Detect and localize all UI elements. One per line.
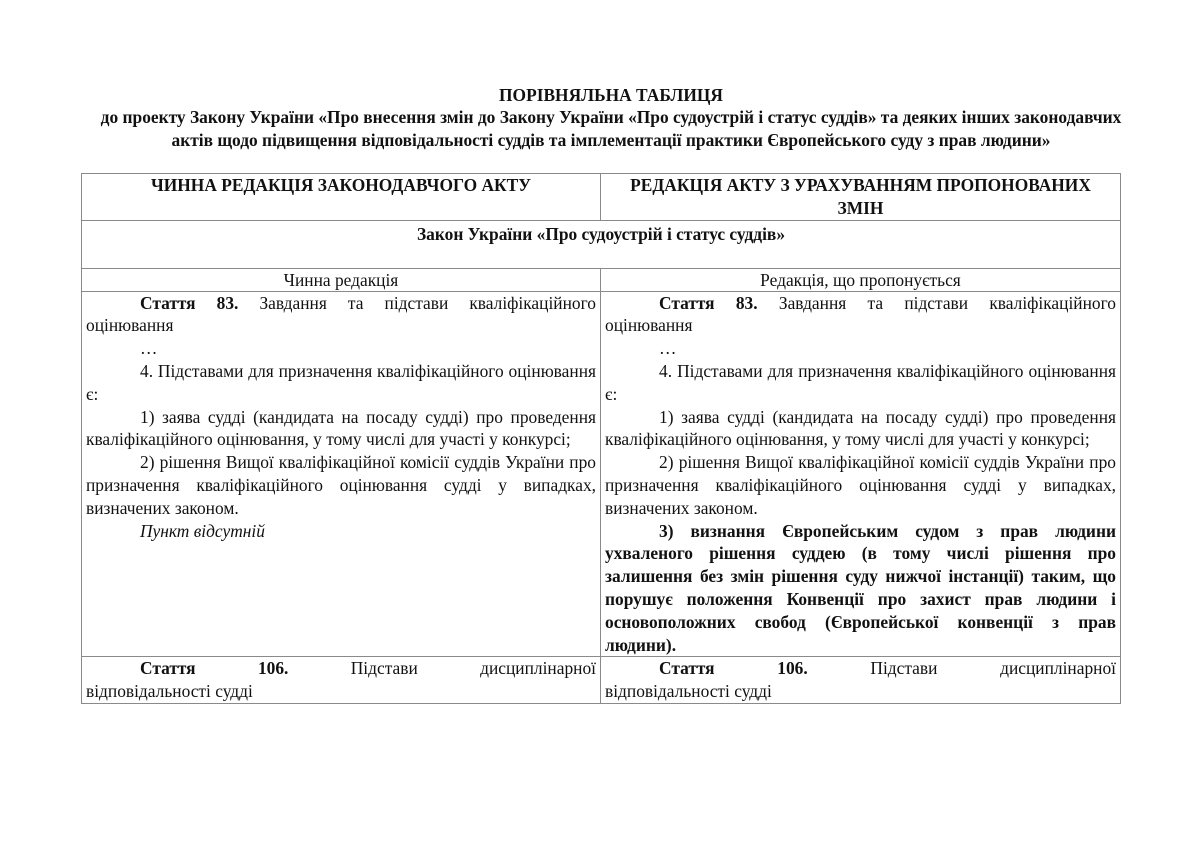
article106-proposed-cell: Стаття 106. Підстави дисциплінарної відп… — [601, 657, 1121, 704]
subheader-proposed: Редакція, що пропонується — [601, 268, 1121, 291]
subheader-current: Чинна редакція — [82, 268, 601, 291]
article-heading: Стаття 106. Підстави дисциплінарної — [605, 657, 1116, 680]
article-word: Стаття — [659, 657, 715, 680]
document-heading: ПОРІВНЯЛЬНА ТАБЛИЦЯ до проекту Закону Ук… — [80, 84, 1142, 151]
document-subtitle: до проекту Закону України «Про внесення … — [101, 107, 1122, 149]
article-heading: Стаття 83. Завдання та підстави кваліфік… — [86, 292, 596, 338]
article-number: 106. — [258, 657, 288, 680]
subitem-2: 2) рішення Вищої кваліфікаційної комісії… — [86, 451, 596, 519]
column-header-current: ЧИННА РЕДАКЦІЯ ЗАКОНОДАВЧОГО АКТУ — [82, 174, 601, 221]
article-heading-continued: відповідальності судді — [605, 680, 1116, 703]
article-heading-continued: відповідальності судді — [86, 680, 596, 703]
paragraph-item-4: 4. Підставами для призначення кваліфікац… — [86, 360, 596, 406]
paragraph-item-4: 4. Підставами для призначення кваліфікац… — [605, 360, 1116, 406]
article-label: Стаття 83. — [659, 293, 758, 313]
table-header-row: ЧИННА РЕДАКЦІЯ ЗАКОНОДАВЧОГО АКТУ РЕДАКЦ… — [82, 174, 1121, 221]
law-title: Закон України «Про судоустрій і статус с… — [82, 220, 1121, 268]
subitem-1: 1) заява судді (кандидата на посаду судд… — [605, 406, 1116, 452]
article-word: Підстави — [870, 657, 937, 680]
article106-current-cell: Стаття 106. Підстави дисциплінарної відп… — [82, 657, 601, 704]
article-word: дисциплінарної — [480, 657, 596, 680]
law-title-row: Закон України «Про судоустрій і статус с… — [82, 220, 1121, 268]
article-heading: Стаття 106. Підстави дисциплінарної — [86, 657, 596, 680]
subitem-1: 1) заява судді (кандидата на посаду судд… — [86, 406, 596, 452]
table-row: Стаття 106. Підстави дисциплінарної відп… — [82, 657, 1121, 704]
article83-current-cell: Стаття 83. Завдання та підстави кваліфік… — [82, 291, 601, 657]
ellipsis: … — [605, 337, 1116, 360]
table-row: Стаття 83. Завдання та підстави кваліфік… — [82, 291, 1121, 657]
article-number: 106. — [777, 657, 807, 680]
ellipsis: … — [86, 337, 596, 360]
article-word: Стаття — [140, 657, 196, 680]
item-missing-note: Пункт відсутній — [86, 520, 596, 543]
article83-proposed-cell: Стаття 83. Завдання та підстави кваліфік… — [601, 291, 1121, 657]
article-word: дисциплінарної — [1000, 657, 1116, 680]
article-label: Стаття 83. — [140, 293, 238, 313]
subheader-row: Чинна редакція Редакція, що пропонується — [82, 268, 1121, 291]
document-title: ПОРІВНЯЛЬНА ТАБЛИЦЯ — [80, 84, 1142, 106]
subitem-2: 2) рішення Вищої кваліфікаційної комісії… — [605, 451, 1116, 519]
article-heading: Стаття 83. Завдання та підстави кваліфік… — [605, 292, 1116, 338]
article-word: Підстави — [351, 657, 418, 680]
column-header-proposed: РЕДАКЦІЯ АКТУ З УРАХУВАННЯМ ПРОПОНОВАНИХ… — [601, 174, 1121, 221]
comparison-table: ЧИННА РЕДАКЦІЯ ЗАКОНОДАВЧОГО АКТУ РЕДАКЦ… — [81, 173, 1121, 704]
subitem-3-new: 3) визнання Європейським судом з прав лю… — [605, 520, 1116, 657]
